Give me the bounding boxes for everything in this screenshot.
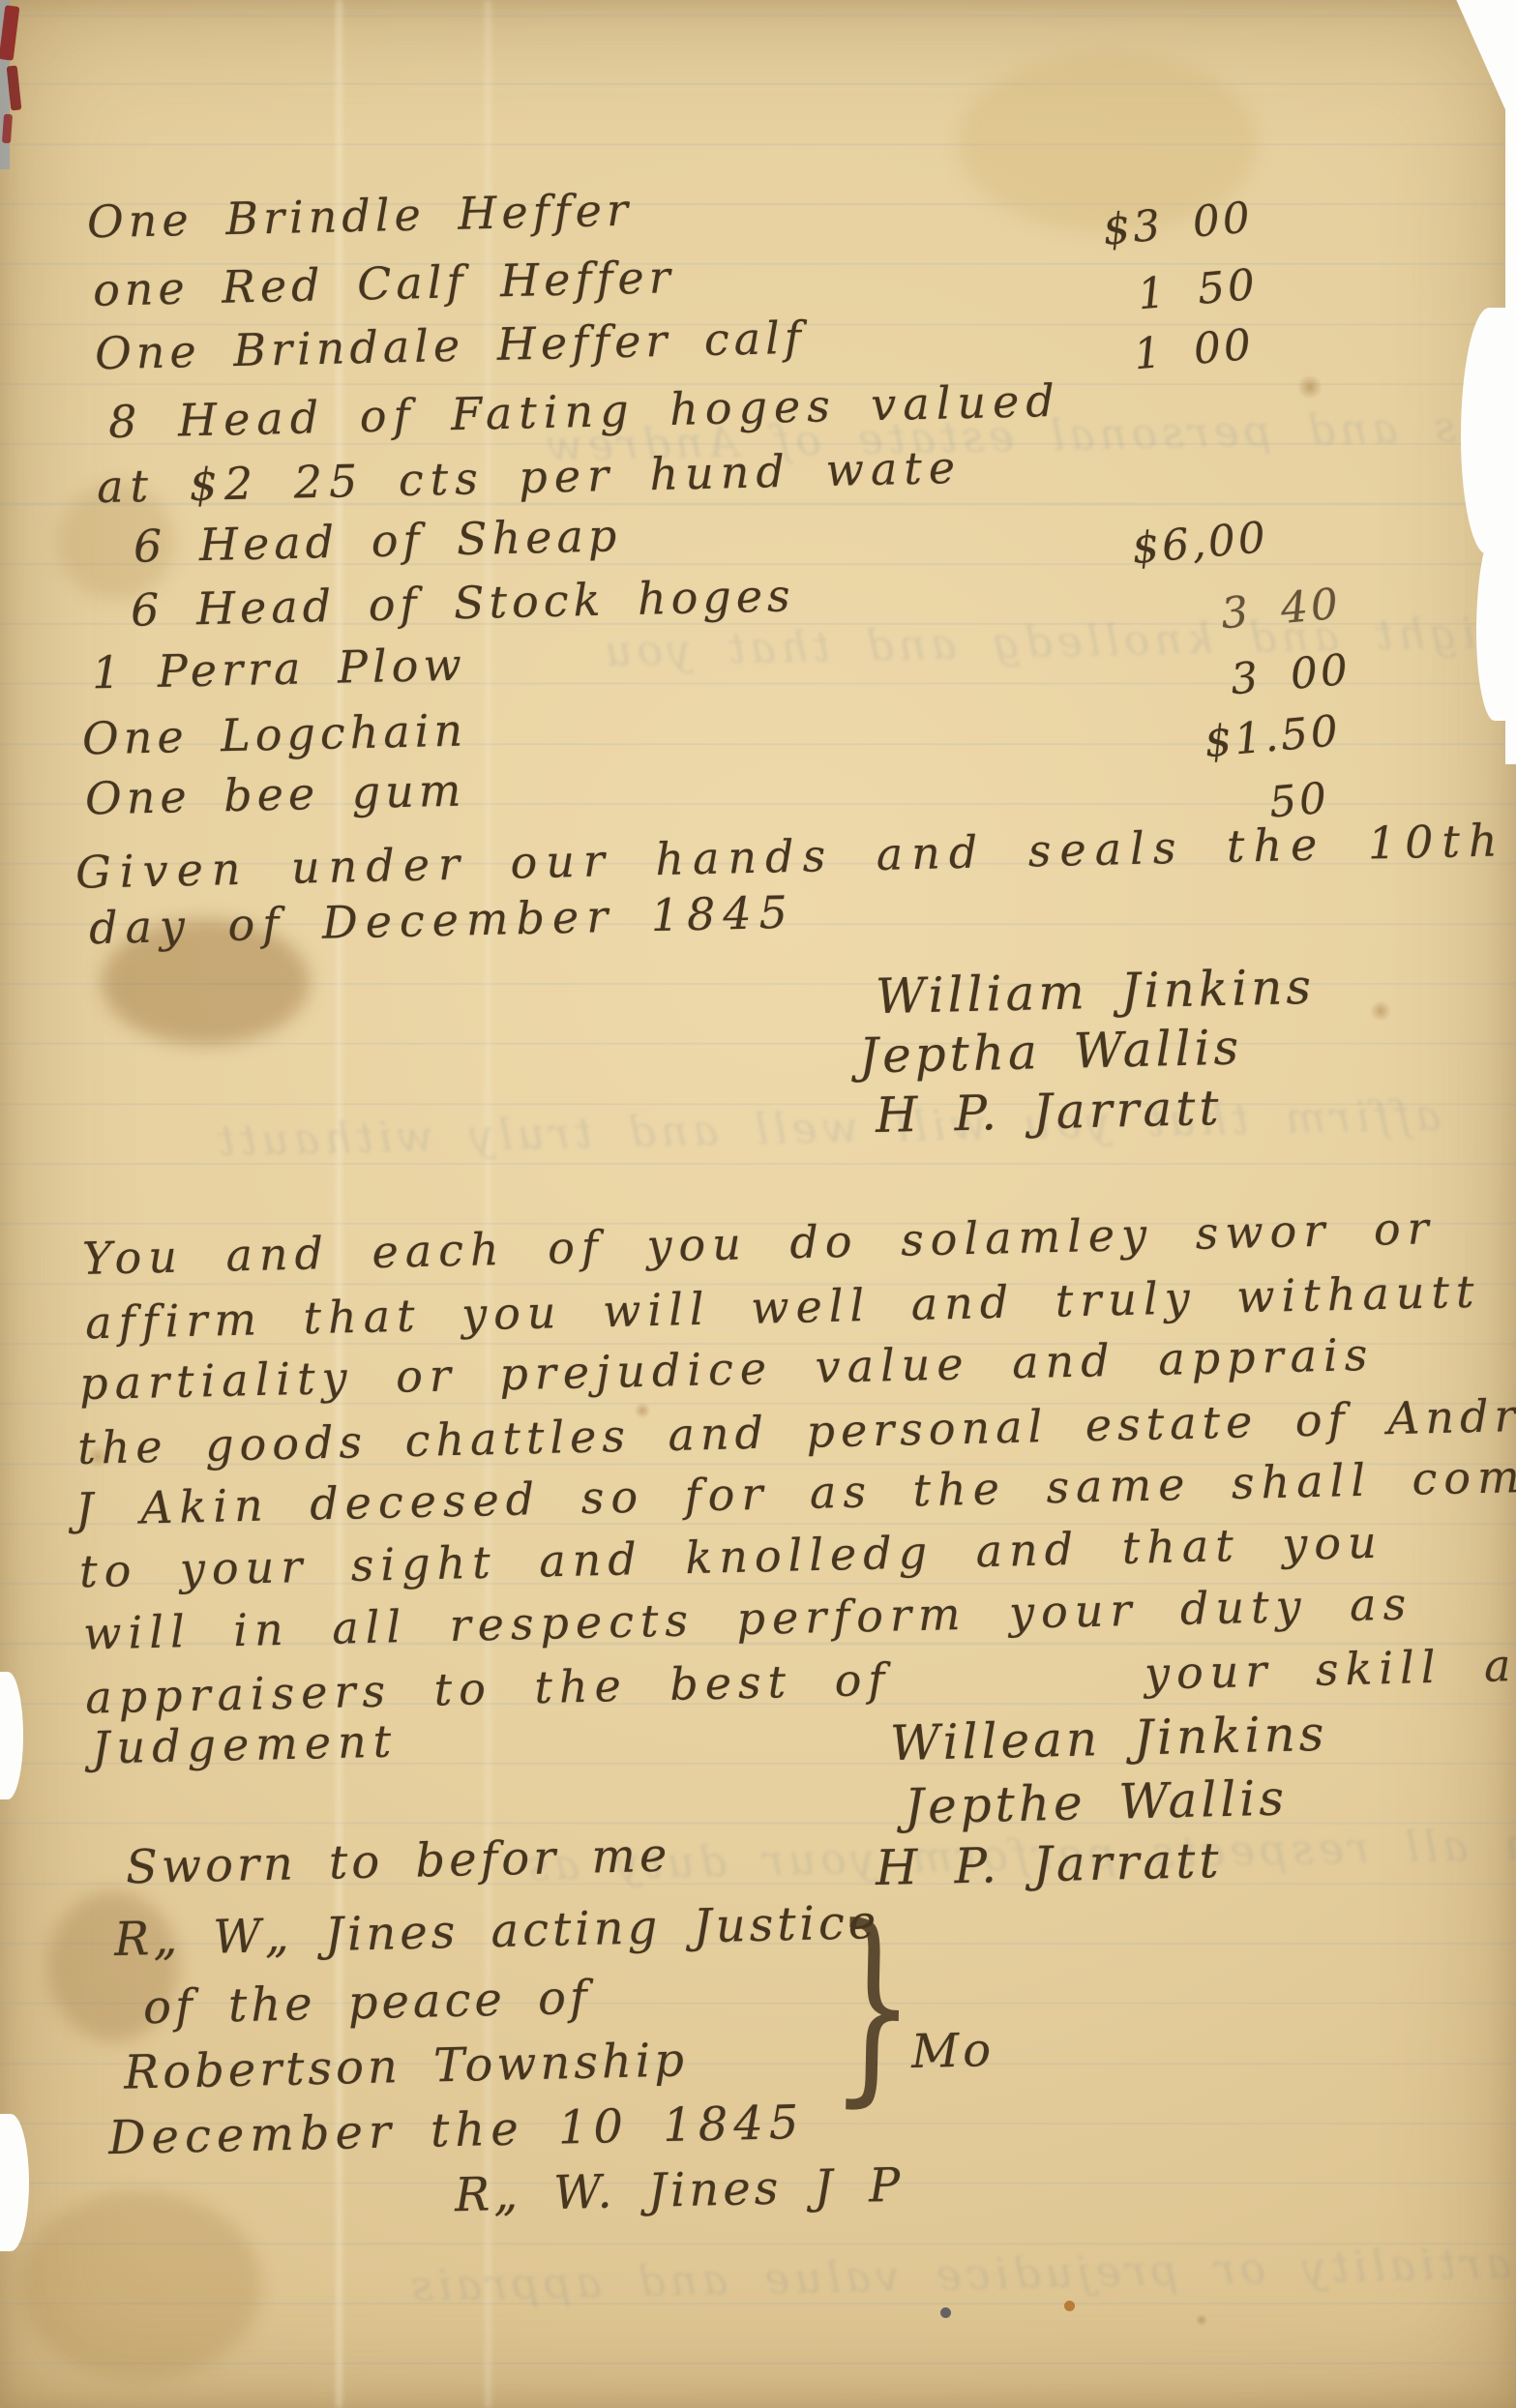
jurat-line: Sworn to befor me	[126, 1832, 671, 1891]
bleedthrough-ghost-line: partiality or prejudice value and apprai…	[406, 2243, 1516, 2309]
inventory-item-text: 6 Head of Stock hoges	[131, 573, 795, 633]
jurat-line: December the 10 1845	[108, 2099, 805, 2161]
foxing-spot	[1195, 2314, 1208, 2326]
inventory-item-value: $3 00	[1101, 196, 1254, 252]
inventory-item-value: 1 00	[1132, 324, 1255, 377]
jurat-line: Robertson Township	[124, 2036, 689, 2096]
inventory-item-value: $6,00	[1130, 517, 1269, 571]
jurat-line: R„ W„ Jines acting Justice	[114, 1899, 880, 1963]
torn-notch-left	[0, 2114, 29, 2251]
torn-edge-right	[1476, 527, 1516, 721]
inventory-item-value: 1 50	[1136, 264, 1259, 317]
oath-line: You and each of you do solamley swor or	[82, 1205, 1436, 1281]
appraiser-signature: William Jinkins	[875, 963, 1315, 1021]
red-edge-mark	[2, 114, 13, 144]
appraiser-signature: Jeptha Wallis	[858, 1024, 1242, 1081]
corner-stain	[19, 2191, 261, 2380]
jurat-state-abbreviation: Mo	[910, 2027, 995, 2075]
inventory-item-text: one Red Calf Heffer	[93, 254, 676, 312]
inventory-item-value: 3 00	[1229, 649, 1352, 702]
dark-speck	[940, 2307, 951, 2318]
closing-statement-line: Given under our hands and seals the 10th	[75, 818, 1506, 895]
justice-signature: R„ W. Jines J P	[455, 2162, 905, 2219]
appraiser-signature: Jepthe Wallis	[904, 1774, 1288, 1831]
inventory-item-text: One bee gum	[85, 768, 466, 821]
inventory-item-value: $1.50	[1203, 710, 1342, 764]
torn-edge-right-sliver	[1505, 0, 1516, 764]
jurat-line: of the peace of	[143, 1975, 592, 2031]
jurat-brace: }	[829, 1898, 917, 2112]
oath-line: Judgement	[92, 1718, 399, 1769]
appraiser-signature: H P. Jarratt	[875, 1836, 1222, 1892]
inventory-item-text: 8 Head of Fating hoges valued	[108, 378, 1062, 444]
inventory-item-value: 3 40	[1219, 583, 1342, 637]
torn-notch-left	[0, 1672, 23, 1799]
foxing-spot	[1296, 375, 1323, 399]
appraiser-signature: Willean Jinkins	[889, 1709, 1327, 1768]
rust-speck	[1064, 2301, 1075, 2311]
bleedthrough-ghost-line: affirm that you will well and truly with…	[213, 1095, 1442, 1164]
inventory-item-text: at $2 25 cts per hund wate	[97, 445, 963, 509]
inventory-item-text: 1 Perra Plow	[92, 642, 467, 696]
aged-paper-sheet: the goods chattles and personal estate o…	[0, 0, 1516, 2408]
torn-edge-right	[1461, 308, 1516, 554]
inventory-item-text: One Brindle Heffer	[87, 188, 634, 245]
appraiser-signature: H P. Jarratt	[875, 1084, 1222, 1140]
closing-statement-line: day of December 1845	[89, 890, 796, 951]
torn-corner-top-right	[1440, 0, 1516, 134]
inventory-item-text: One Logchain	[82, 707, 468, 760]
foxing-spot	[1369, 1001, 1392, 1021]
inventory-item-text: 6 Head of Sheap	[134, 513, 622, 568]
scanned-document-page: { "colors": { "paper": "#e6d09f", "ink":…	[0, 0, 1516, 2408]
inventory-item-text: One Brindale Heffer calf	[95, 315, 807, 376]
